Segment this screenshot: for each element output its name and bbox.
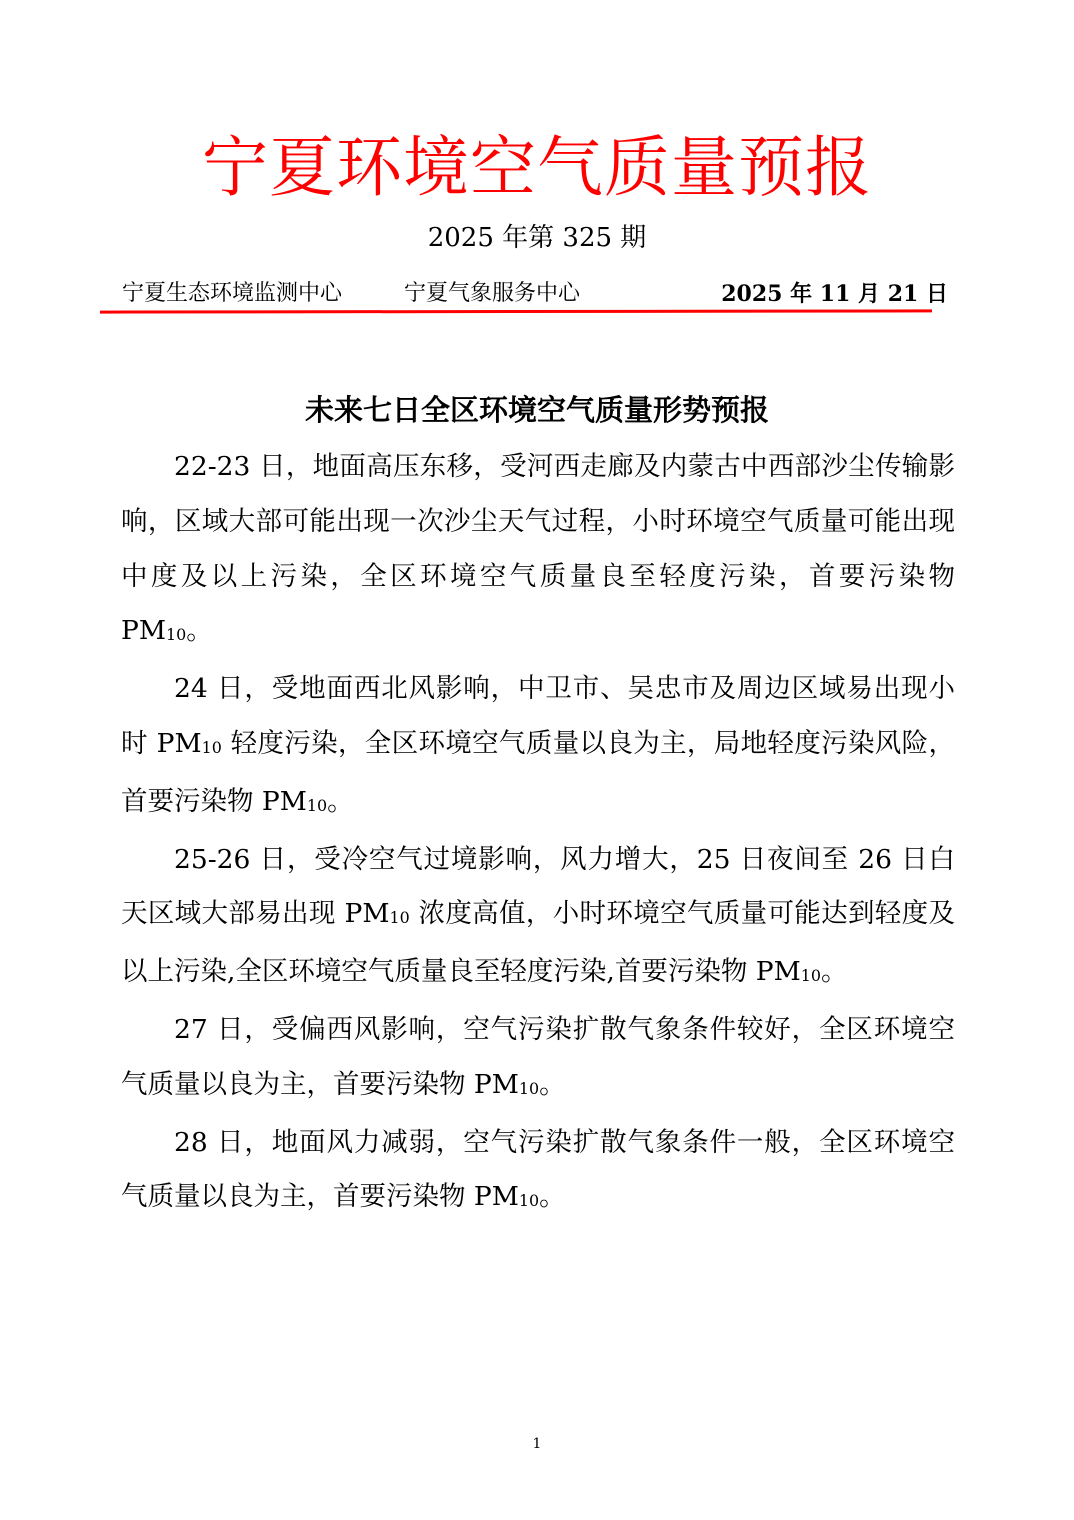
red-divider bbox=[100, 309, 932, 313]
page-number: 1 bbox=[0, 1436, 1074, 1452]
paragraph-27: 27 日，受偏西风影响，空气污染扩散气象条件较好，全区环境空气质量以良为主，首要… bbox=[121, 1003, 955, 1116]
paragraph-22-23: 22-23 日，地面高压东移，受河西走廊及内蒙古中西部沙尘传输影响，区域大部可能… bbox=[121, 440, 955, 662]
issuer-row: 宁夏生态环境监测中心 宁夏气象服务中心 2025 年 11 月 21 日 bbox=[122, 278, 948, 310]
issuer-weather-center: 宁夏气象服务中心 bbox=[404, 278, 580, 310]
issue-number: 2025 年第 325 期 bbox=[0, 220, 1074, 256]
paragraph-28: 28 日，地面风力减弱，空气污染扩散气象条件一般，全区环境空气质量以良为主，首要… bbox=[121, 1116, 955, 1229]
issue-date: 2025 年 11 月 21 日 bbox=[721, 278, 948, 310]
section-title: 未来七日全区环境空气质量形势预报 bbox=[0, 388, 1074, 432]
forecast-body: 22-23 日，地面高压东移，受河西走廊及内蒙古中西部沙尘传输影响，区域大部可能… bbox=[121, 440, 955, 1228]
issuers: 宁夏生态环境监测中心 宁夏气象服务中心 bbox=[122, 278, 580, 310]
paragraph-25-26: 25-26 日，受冷空气过境影响，风力增大，25 日夜间至 26 日白天区域大部… bbox=[121, 833, 955, 1003]
paragraph-24: 24 日，受地面西北风影响，中卫市、吴忠市及周边区域易出现小时 PM10 轻度污… bbox=[121, 662, 955, 832]
masthead-title: 宁夏环境空气质量预报 bbox=[0, 128, 1074, 208]
issuer-monitoring-center: 宁夏生态环境监测中心 bbox=[122, 278, 342, 310]
